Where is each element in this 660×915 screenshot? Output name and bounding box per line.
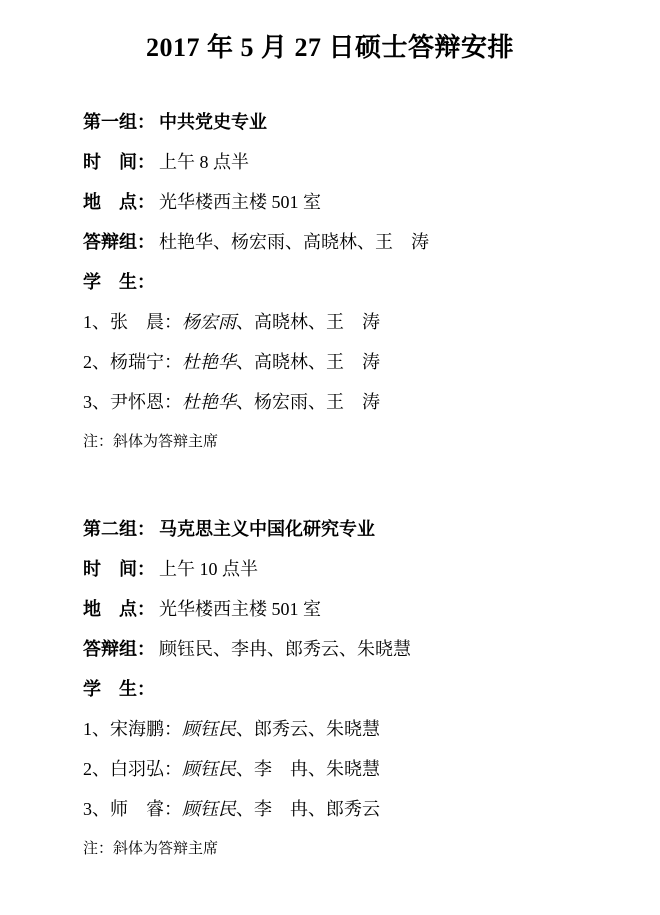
group-2-time-row: 时 间：上午 10 点半 (83, 549, 577, 589)
student-committee-rest: 、郎秀云、朱晓慧 (236, 719, 380, 739)
group-1-committee-label: 答辩组： (83, 232, 155, 252)
student-prefix: 1、宋海鹏： (83, 719, 182, 739)
group-2-students-label: 学 生： (83, 679, 155, 699)
group-2-heading-value: 马克思主义中国化研究专业 (159, 519, 375, 539)
group-2-heading: 第二组：马克思主义中国化研究专业 (83, 509, 577, 549)
student-committee-rest: 、李 冉、郎秀云 (236, 799, 380, 819)
group-2-committee-value: 顾钰民、李冉、郎秀云、朱晓慧 (159, 639, 411, 659)
student-committee-rest: 、高晓林、王 涛 (236, 352, 380, 372)
group-1-place-value: 光华楼西主楼 501 室 (159, 192, 321, 212)
student-chair-name: 杜艳华 (182, 392, 236, 412)
group-1-student-row-2: 2、杨瑞宁：杜艳华、高晓林、王 涛 (83, 342, 577, 382)
group-1-place-row: 地 点：光华楼西主楼 501 室 (83, 182, 577, 222)
student-chair-name: 顾钰民 (182, 719, 236, 739)
group-2-student-row-2: 2、白羽弘：顾钰民、李 冉、朱晓慧 (83, 749, 577, 789)
group-1-time-row: 时 间：上午 8 点半 (83, 142, 577, 182)
student-chair-name: 杨宏雨 (182, 312, 236, 332)
group-2-student-row-1: 1、宋海鹏：顾钰民、郎秀云、朱晓慧 (83, 709, 577, 749)
group-1-students-label: 学 生： (83, 272, 155, 292)
group-2-note: 注：斜体为答辩主席 (83, 829, 577, 869)
group-1-place-label: 地 点： (83, 192, 155, 212)
student-chair-name: 顾钰民 (182, 799, 236, 819)
group-2-heading-label: 第二组： (83, 519, 155, 539)
group-2-committee-row: 答辩组：顾钰民、李冉、郎秀云、朱晓慧 (83, 629, 577, 669)
student-prefix: 2、白羽弘： (83, 759, 182, 779)
document-title: 2017 年 5 月 27 日硕士答辩安排 (83, 0, 577, 64)
defense-group-1: 第一组：中共党史专业 时 间：上午 8 点半 地 点：光华楼西主楼 501 室 … (83, 102, 577, 462)
group-2-committee-label: 答辩组： (83, 639, 155, 659)
group-2-time-value: 上午 10 点半 (159, 559, 258, 579)
group-1-students-label-row: 学 生： (83, 262, 577, 302)
group-1-heading-label: 第一组： (83, 112, 155, 132)
group-2-time-label: 时 间： (83, 559, 155, 579)
defense-group-2: 第二组：马克思主义中国化研究专业 时 间：上午 10 点半 地 点：光华楼西主楼… (83, 509, 577, 869)
group-1-time-value: 上午 8 点半 (159, 152, 249, 172)
student-prefix: 3、尹怀恩： (83, 392, 182, 412)
group-2-place-label: 地 点： (83, 599, 155, 619)
group-2-students-label-row: 学 生： (83, 669, 577, 709)
group-1-heading: 第一组：中共党史专业 (83, 102, 577, 142)
student-chair-name: 杜艳华 (182, 352, 236, 372)
group-1-student-row-3: 3、尹怀恩：杜艳华、杨宏雨、王 涛 (83, 382, 577, 422)
group-1-heading-value: 中共党史专业 (159, 112, 267, 132)
student-committee-rest: 、李 冉、朱晓慧 (236, 759, 380, 779)
student-committee-rest: 、杨宏雨、王 涛 (236, 392, 380, 412)
group-2-place-value: 光华楼西主楼 501 室 (159, 599, 321, 619)
student-prefix: 3、师 睿： (83, 799, 182, 819)
group-1-note: 注：斜体为答辩主席 (83, 422, 577, 462)
group-1-committee-row: 答辩组：杜艳华、杨宏雨、高晓林、王 涛 (83, 222, 577, 262)
group-1-time-label: 时 间： (83, 152, 155, 172)
document-page: 2017 年 5 月 27 日硕士答辩安排 第一组：中共党史专业 时 间：上午 … (0, 0, 660, 915)
student-prefix: 1、张 晨： (83, 312, 182, 332)
student-committee-rest: 、高晓林、王 涛 (236, 312, 380, 332)
group-2-student-row-3: 3、师 睿：顾钰民、李 冉、郎秀云 (83, 789, 577, 829)
student-prefix: 2、杨瑞宁： (83, 352, 182, 372)
student-chair-name: 顾钰民 (182, 759, 236, 779)
group-2-place-row: 地 点：光华楼西主楼 501 室 (83, 589, 577, 629)
group-1-committee-value: 杜艳华、杨宏雨、高晓林、王 涛 (159, 232, 429, 252)
group-1-student-row-1: 1、张 晨：杨宏雨、高晓林、王 涛 (83, 302, 577, 342)
